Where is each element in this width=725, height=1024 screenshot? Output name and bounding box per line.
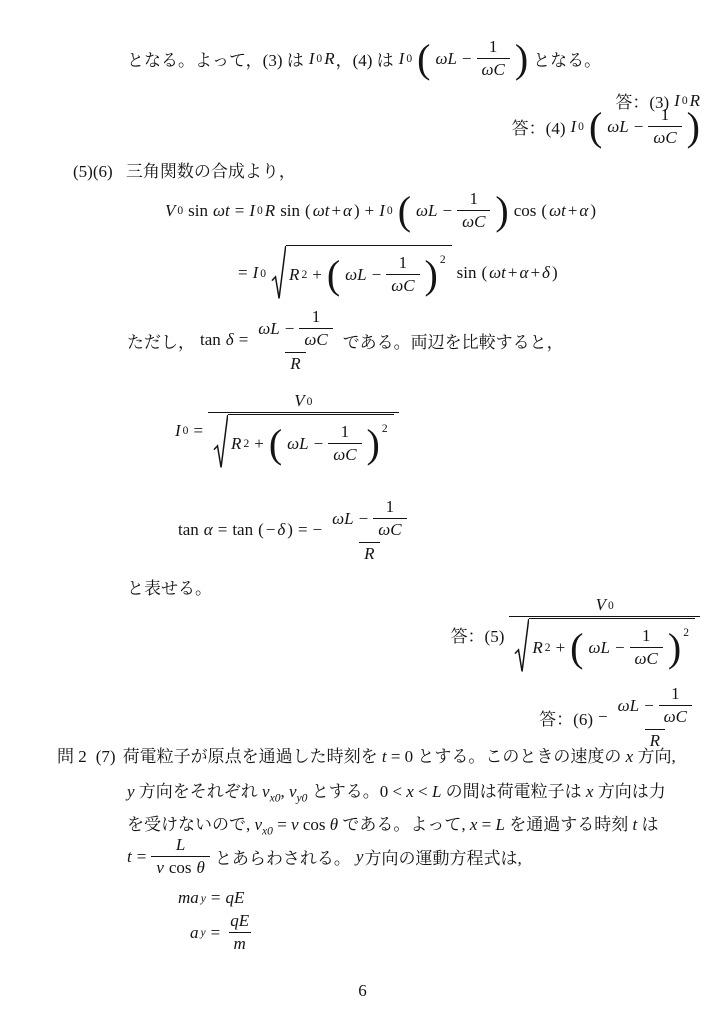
math-token: θ <box>330 815 338 834</box>
paren-group: (ωt+α) <box>541 201 596 221</box>
tan-delta-line: ただし， tan δ = ωL−1ωC R である。両辺を比較すると， <box>127 305 564 375</box>
big-paren-left: ( <box>589 109 602 145</box>
math-token: α <box>204 520 213 540</box>
subscript: y <box>201 892 206 905</box>
math-run: I0 <box>175 421 188 441</box>
math-token: − <box>442 201 452 221</box>
math-run: R2 <box>532 638 550 658</box>
math-run: R2 <box>289 265 307 285</box>
math-token: = <box>218 520 228 540</box>
text-segment: ただし， <box>127 328 195 353</box>
section-5-6-heading: (5)(6) 三角関数の合成より， <box>73 157 296 182</box>
big-paren-left: ( <box>269 426 282 462</box>
math-token: = <box>298 520 308 540</box>
math-run: I0R <box>309 49 335 69</box>
radical-icon <box>213 414 228 470</box>
fraction: 1ωC <box>659 683 692 728</box>
math-token: ωL <box>435 49 456 69</box>
math-token: − <box>634 117 644 137</box>
intro-line: となる。よって，(3) は I0R ，(4) は I0 ( ωL − 1ωC )… <box>127 36 601 81</box>
text-segment: 方向, <box>633 747 676 766</box>
math-token: v <box>262 782 270 801</box>
text-segment: である。両辺を比較すると， <box>343 328 564 353</box>
superscript: 2 <box>683 626 689 639</box>
math-token: = <box>387 747 405 766</box>
superscript: 2 <box>382 422 388 435</box>
math-token: ωL <box>416 201 437 221</box>
subscript: y0 <box>297 791 308 804</box>
math-token: y <box>356 847 364 867</box>
text-segment: 方向は力 <box>593 782 665 801</box>
text-segment: とする。 <box>307 782 379 801</box>
text-segment: とあらわされる。 <box>215 844 351 869</box>
text-segment: となる。 <box>533 46 601 71</box>
math-token: = <box>137 847 147 867</box>
fraction: V0 R2 + ( ωL − 1ωC ) 2 <box>208 390 399 471</box>
math-token: R <box>324 49 334 69</box>
math-run: may <box>178 888 206 908</box>
q2-paragraph-line-1: 問 2(7)荷電粒子が原点を通過した時刻を t = 0 とする。このときの速度の… <box>57 742 676 767</box>
fraction: 1ωC <box>328 421 361 466</box>
ay-equation: ay = qE m <box>190 910 254 955</box>
math-run: I0 <box>399 49 412 69</box>
conclusion-line: と表せる。 <box>127 574 212 599</box>
text-segment: 三角関数の合成より， <box>126 162 296 181</box>
page-number: 6 <box>0 981 725 1001</box>
function-name: sin <box>457 263 477 283</box>
text-segment: 荷電粒子が原点を通過した時刻を <box>123 747 382 766</box>
math-token: = <box>211 888 221 908</box>
math-token: ωL <box>345 265 366 285</box>
math-run: R2 <box>231 434 249 454</box>
paren-group: (−δ) <box>258 520 293 540</box>
math-token: I <box>399 49 405 69</box>
radical-icon <box>271 245 286 301</box>
superscript: 2 <box>440 253 446 266</box>
math-run: I0 <box>379 201 392 221</box>
math-token: I <box>309 49 315 69</box>
text-segment: を通過する時刻 <box>505 815 633 834</box>
math-token: + <box>312 265 322 285</box>
big-paren-left: ( <box>570 630 583 666</box>
paren-group: (ωt+α) <box>305 201 360 221</box>
i0-equation: I0 = V0 R2 + ( ωL − 1ωC ) 2 <box>175 390 399 471</box>
math-token: ωL <box>588 638 609 658</box>
equation-v0-line2: = I0 R2 + ( ωL − 1ωC ) 2 sin (ωt+α+δ) <box>238 245 558 301</box>
math-token: 0 <box>380 782 389 801</box>
text-segment: と表せる。 <box>127 579 212 598</box>
square-root: R2 + ( ωL − 1ωC ) 2 <box>514 618 695 674</box>
answer-label: 答：(5) <box>451 622 505 647</box>
question-number: (7) <box>96 747 116 766</box>
math-token: = <box>477 815 495 834</box>
math-token: + <box>556 638 566 658</box>
fraction: ωL−1ωC R <box>327 495 411 565</box>
function-name: tan <box>178 520 199 540</box>
math-token: − <box>313 520 323 540</box>
text-segment: は <box>637 815 658 834</box>
fraction: 1ωC <box>648 104 681 149</box>
document-page: となる。よって，(3) は I0R ，(4) は I0 ( ωL − 1ωC )… <box>0 0 725 1024</box>
big-paren-right: ) <box>687 109 700 145</box>
big-paren-right: ) <box>668 630 681 666</box>
text-segment: ，(4) は <box>336 46 394 71</box>
text-segment: 方向の運動方程式は, <box>364 844 521 869</box>
math-token: x <box>406 782 414 801</box>
math-token: L <box>432 782 441 801</box>
math-token: = <box>239 330 249 350</box>
math-token: = <box>211 923 221 943</box>
big-paren-right: ) <box>495 193 508 229</box>
big-paren-right: ) <box>425 257 438 293</box>
math-token: = <box>193 421 203 441</box>
answer-4: 答：(4) I0 ( ωL − 1ωC ) <box>512 104 700 149</box>
radical-icon <box>514 618 529 674</box>
big-paren-left: ( <box>398 193 411 229</box>
math-token: − <box>598 707 608 727</box>
fraction: 1ωC <box>630 625 663 670</box>
subscript: 0 <box>406 52 412 65</box>
question-label: 問 2 <box>57 747 87 766</box>
math-token: < <box>414 782 432 801</box>
math-token: = <box>235 201 245 221</box>
fraction: 1ωC <box>386 252 419 297</box>
math-token: 0 <box>405 747 414 766</box>
answer-label: 答：(6) <box>539 705 593 730</box>
math-token: v <box>255 815 263 834</box>
ma-equation: may = qE <box>178 888 244 908</box>
text-segment: とする。このときの速度の <box>413 747 626 766</box>
big-paren-right: ) <box>515 41 528 77</box>
q2-paragraph-line-4: t = L vcosθ とあらわされる。 y 方向の運動方程式は, <box>127 834 522 879</box>
square-root: R2 + ( ωL − 1ωC ) 2 <box>213 414 394 470</box>
math-token: qE <box>226 888 245 908</box>
function-name: cos <box>169 858 192 878</box>
math-token: ωt <box>213 201 230 221</box>
function-name: tan <box>200 330 221 350</box>
math-token: + <box>254 434 264 454</box>
math-token: − <box>615 638 625 658</box>
text-segment: 方向をそれぞれ <box>135 782 263 801</box>
function-name: cos <box>514 201 537 221</box>
paren-group: (ωt+α+δ) <box>482 263 558 283</box>
math-token: ωL <box>287 434 308 454</box>
math-token: y <box>127 782 135 801</box>
fraction: qE m <box>225 910 254 955</box>
answer-5: 答：(5) V0 R2 + ( ωL − 1ωC ) 2 <box>451 594 700 675</box>
fraction: 1ωC <box>477 36 510 81</box>
text-segment: を受けないので, <box>127 815 255 834</box>
q2-paragraph-line-2: y 方向をそれぞれ vx0, vy0 とする。0 < x < L の間は荷電粒子… <box>127 777 666 804</box>
fraction: 1ωC <box>299 306 332 351</box>
math-token: L <box>496 815 505 834</box>
function-name: sin <box>280 201 300 221</box>
fraction: 1ωC <box>457 188 490 233</box>
subscript: 0 <box>316 52 322 65</box>
function-name: tan <box>232 520 253 540</box>
math-run: V0 <box>165 201 183 221</box>
function-name: sin <box>188 201 208 221</box>
big-paren-right: ) <box>367 426 380 462</box>
fraction: L vcosθ <box>151 834 210 879</box>
fraction: ωL−1ωC R <box>253 305 337 375</box>
fraction: V0 R2 + ( ωL − 1ωC ) 2 <box>509 594 700 675</box>
math-token: t <box>127 847 132 867</box>
tan-alpha-equation: tan α = tan (−δ) = − ωL−1ωC R <box>178 495 412 565</box>
subscript: x0 <box>270 791 281 804</box>
section-label: (5)(6) <box>73 162 113 181</box>
subscript: y <box>201 926 206 939</box>
math-token: δ <box>226 330 234 350</box>
math-token: ωL <box>607 117 628 137</box>
square-root: R2 + ( ωL − 1ωC ) 2 <box>271 245 452 301</box>
answer-label: 答：(4) <box>512 114 566 139</box>
function-name: cos <box>299 815 330 834</box>
equation-v0-line1: V0 sin ωt = I0R sin (ωt+α) + I0 ( ωL − 1… <box>165 188 596 233</box>
math-token: v <box>291 815 299 834</box>
math-token: v <box>289 782 297 801</box>
math-token: − <box>462 49 472 69</box>
math-run: I0 <box>570 117 583 137</box>
math-token: = <box>273 815 291 834</box>
math-token: − <box>372 265 382 285</box>
text-segment: となる。よって，(3) は <box>127 46 304 71</box>
math-run: I0R <box>249 201 275 221</box>
math-run: I0 <box>253 263 266 283</box>
math-token: < <box>388 782 406 801</box>
math-token: = <box>238 263 248 283</box>
fraction: 1ωC <box>373 496 406 541</box>
text-segment: の間は荷電粒子は <box>441 782 586 801</box>
big-paren-left: ( <box>417 41 430 77</box>
math-token: + <box>365 201 375 221</box>
text-segment: である。よって, <box>338 815 470 834</box>
math-token: , <box>281 782 290 801</box>
big-paren-left: ( <box>327 257 340 293</box>
math-run: ay <box>190 923 206 943</box>
math-token: − <box>314 434 324 454</box>
